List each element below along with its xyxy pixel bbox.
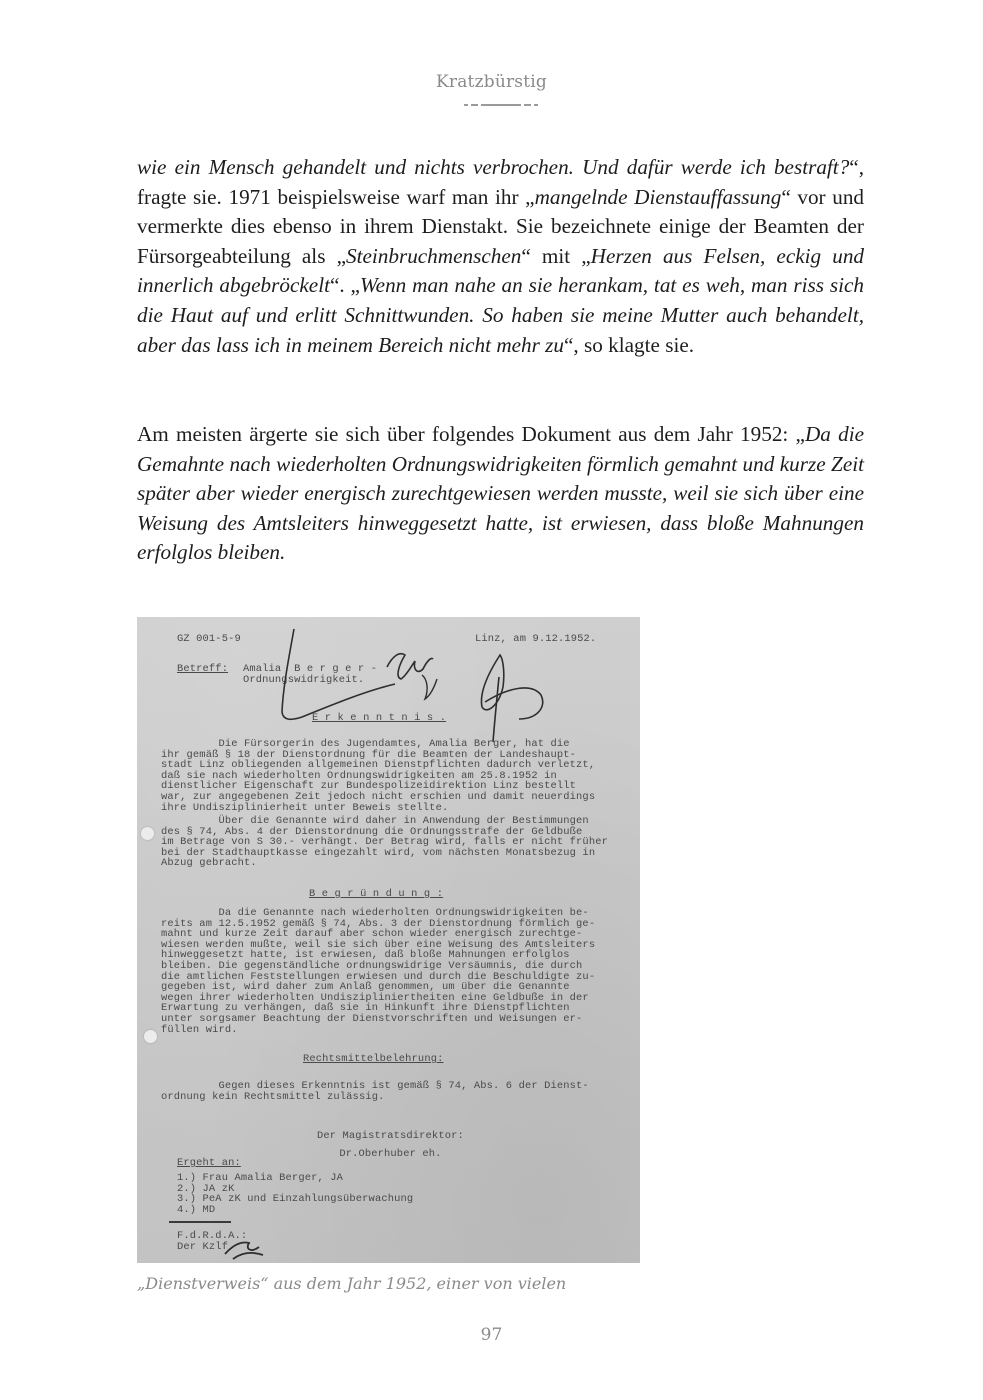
handwritten-signatures (137, 617, 640, 1263)
figure-caption: „Dienstverweis“ aus dem Jahr 1952, einer… (137, 1274, 566, 1293)
text-run: Am meisten ärgerte sie sich über folgend… (137, 422, 805, 446)
text-run: “. „ (330, 273, 360, 297)
header-ornament-divider (461, 103, 541, 106)
running-header-title: Kratzbürstig (0, 72, 983, 92)
archival-document-photo: GZ 001-5-9 Linz, am 9.12.1952. Betreff: … (137, 617, 640, 1263)
paragraph-text: Am meisten ärgerte sie sich über folgend… (137, 420, 864, 568)
body-paragraph-quote-continuation: wie ein Mensch gehandelt und nichts verb… (137, 153, 864, 360)
quoted-italic-run: mangelnde Dienstauffassung (535, 185, 782, 209)
paragraph-text: wie ein Mensch gehandelt und nichts verb… (137, 153, 864, 360)
text-run: “, so klagte sie. (564, 333, 694, 357)
text-run: “ mit „ (521, 244, 590, 268)
body-paragraph-document-intro: Am meisten ärgerte sie sich über folgend… (137, 420, 864, 568)
quoted-italic-run: wie ein Mensch gehandelt und nichts verb… (137, 155, 849, 179)
quoted-italic-run: Steinbruchmenschen (346, 244, 521, 268)
page-number: 97 (0, 1325, 983, 1345)
